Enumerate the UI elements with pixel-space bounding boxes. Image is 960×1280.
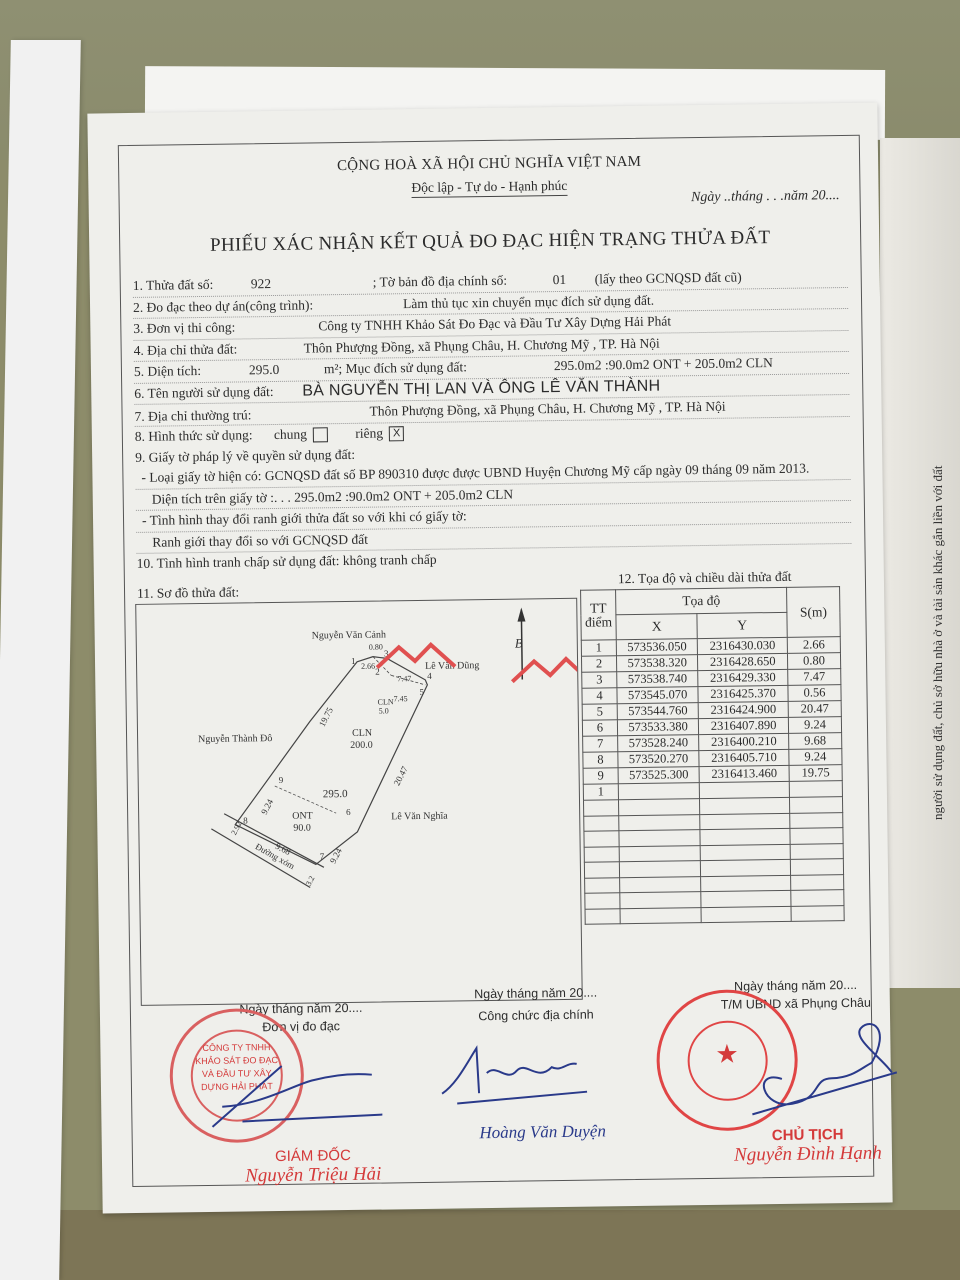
cadastral-role: Công chức địa chính (451, 1007, 621, 1023)
svg-text:295.0: 295.0 (323, 788, 348, 800)
col-coord: Tọa độ (616, 587, 787, 614)
svg-text:8: 8 (243, 815, 248, 825)
side-document-text: người sử dụng đất, chủ sở hữu nhà ở và t… (930, 180, 950, 820)
col-length: S(m) (787, 587, 841, 638)
svg-text:9.24: 9.24 (328, 846, 344, 865)
svg-text:5.0: 5.0 (379, 706, 389, 715)
svg-text:CLN: CLN (352, 728, 372, 739)
document-title: PHIẾU XÁC NHẬN KẾT QUẢ ĐO ĐẠC HIỆN TRẠNG… (120, 226, 860, 258)
signature-area: Ngày tháng năm 20.... Đơn vị đo đạc CÔNG… (161, 977, 904, 1217)
parcel-sketch: B Nguyễn Văn Cảnh Lê Văn Dũng Nguyễn Thà… (135, 598, 583, 1006)
sketch-title: 11. Sơ đồ thửa đất: (137, 584, 239, 601)
svg-text:7.45: 7.45 (393, 694, 407, 703)
commune-signature (721, 1017, 903, 1130)
col-point: TTđiểm (581, 590, 617, 640)
svg-text:20.47: 20.47 (392, 764, 410, 787)
svg-text:Nguyễn Văn Cảnh: Nguyễn Văn Cảnh (312, 629, 386, 641)
private-checkbox: X (389, 427, 404, 442)
svg-text:4: 4 (427, 671, 432, 681)
col-x: X (616, 614, 698, 640)
cadastral-signature-block: Ngày tháng năm 20.... Công chức địa chín… (451, 985, 621, 1023)
cadastral-signature (436, 1041, 617, 1124)
svg-text:ONT: ONT (292, 810, 313, 821)
svg-text:6: 6 (346, 807, 351, 817)
svg-text:7: 7 (320, 851, 325, 861)
survey-document: CỘNG HOÀ XÃ HỘI CHỦ NGHĨA VIỆT NAM Độc l… (87, 103, 892, 1214)
svg-text:90.0: 90.0 (293, 823, 311, 834)
underlying-sheet-left (0, 40, 81, 1280)
survey-title-block: GIÁM ĐỐC Nguyễn Triệu Hải (213, 1146, 414, 1188)
document-frame: CỘNG HOÀ XÃ HỘI CHỦ NGHĨA VIỆT NAM Độc l… (118, 135, 874, 1187)
svg-text:9: 9 (279, 775, 284, 785)
document-date: Ngày ..tháng . . .năm 20.... (691, 188, 840, 206)
svg-text:1: 1 (351, 656, 356, 666)
form-fields: 1. Thửa đất số: 922 ; Tờ bản đồ địa chín… (133, 266, 852, 574)
svg-text:Lê Văn Nghĩa: Lê Văn Nghĩa (391, 811, 448, 823)
table-row (585, 905, 844, 924)
coords-table: TTđiểm Tọa độ S(m) X Y 1573536.050231643… (580, 586, 845, 925)
commune-name: Nguyễn Đình Hạnh (708, 1142, 908, 1167)
col-y: Y (697, 612, 787, 638)
svg-text:0.80: 0.80 (369, 642, 383, 651)
svg-text:9.24: 9.24 (259, 797, 275, 816)
svg-text:2.66: 2.66 (361, 662, 375, 671)
parcel-diagram: B Nguyễn Văn Cảnh Lê Văn Dũng Nguyễn Thà… (136, 599, 582, 1005)
commune-title-block: CHỦ TỊCH Nguyễn Đình Hạnh (708, 1125, 909, 1167)
table-surface-bottom (0, 1210, 960, 1280)
svg-text:CLN: CLN (378, 697, 394, 706)
shared-checkbox (313, 428, 328, 443)
survey-name: Nguyễn Triệu Hải (213, 1163, 413, 1188)
survey-signature (201, 1044, 402, 1137)
coords-table-title: 12. Tọa độ và chiều dài thửa đất (618, 569, 792, 587)
cadastral-name: Hoàng Văn Duyện (442, 1121, 642, 1144)
country-header: CỘNG HOÀ XÃ HỘI CHỦ NGHĨA VIỆT NAM (119, 151, 859, 178)
svg-text:Nguyễn Thành Đô: Nguyễn Thành Đô (198, 733, 272, 745)
svg-text:B: B (515, 636, 523, 651)
svg-text:7.47: 7.47 (397, 674, 411, 683)
cadastral-date: Ngày tháng năm 20.... (451, 985, 621, 1001)
svg-text:5: 5 (419, 687, 424, 697)
svg-text:200.0: 200.0 (350, 740, 373, 751)
